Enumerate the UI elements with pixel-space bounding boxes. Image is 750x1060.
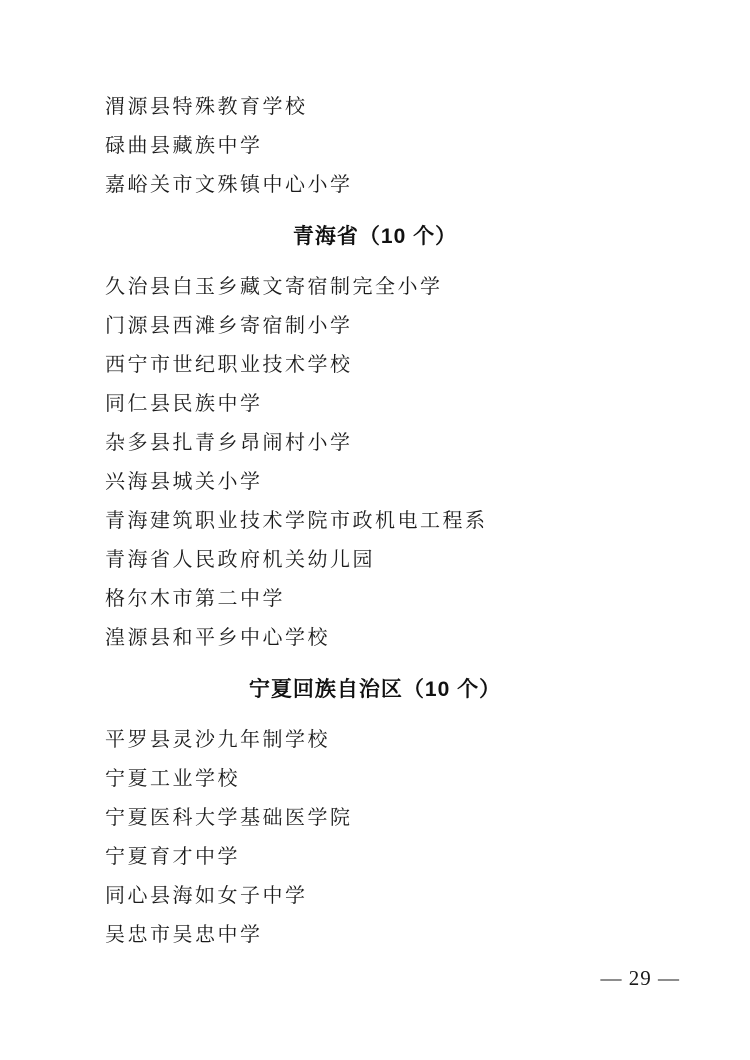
school-list-item: 久治县白玉乡藏文寄宿制完全小学 bbox=[0, 268, 750, 307]
school-list-item: 同仁县民族中学 bbox=[0, 385, 750, 424]
page-number: — 29 — bbox=[0, 966, 680, 991]
document-body: 渭源县特殊教育学校 碌曲县藏族中学 嘉峪关市文殊镇中心小学 青海省（10 个） … bbox=[0, 0, 750, 955]
school-list-item: 同心县海如女子中学 bbox=[0, 877, 750, 916]
school-list-item: 门源县西滩乡寄宿制小学 bbox=[0, 307, 750, 346]
school-list-item: 渭源县特殊教育学校 bbox=[0, 88, 750, 127]
school-list-item: 杂多县扎青乡昂闹村小学 bbox=[0, 424, 750, 463]
section-heading-qinghai: 青海省（10 个） bbox=[0, 217, 750, 256]
school-list-item: 宁夏育才中学 bbox=[0, 838, 750, 877]
school-list-item: 宁夏工业学校 bbox=[0, 760, 750, 799]
section-heading-ningxia: 宁夏回族自治区（10 个） bbox=[0, 670, 750, 709]
school-list-item: 西宁市世纪职业技术学校 bbox=[0, 346, 750, 385]
school-list-item: 宁夏医科大学基础医学院 bbox=[0, 799, 750, 838]
school-list-item: 格尔木市第二中学 bbox=[0, 580, 750, 619]
document-page: 渭源县特殊教育学校 碌曲县藏族中学 嘉峪关市文殊镇中心小学 青海省（10 个） … bbox=[0, 0, 750, 1060]
school-list-item: 吴忠市吴忠中学 bbox=[0, 916, 750, 955]
school-list-item: 平罗县灵沙九年制学校 bbox=[0, 721, 750, 760]
school-list-item: 湟源县和平乡中心学校 bbox=[0, 619, 750, 658]
school-list-item: 碌曲县藏族中学 bbox=[0, 127, 750, 166]
school-list-item: 青海建筑职业技术学院市政机电工程系 bbox=[0, 502, 750, 541]
school-list-item: 嘉峪关市文殊镇中心小学 bbox=[0, 166, 750, 205]
school-list-item: 青海省人民政府机关幼儿园 bbox=[0, 541, 750, 580]
school-list-item: 兴海县城关小学 bbox=[0, 463, 750, 502]
